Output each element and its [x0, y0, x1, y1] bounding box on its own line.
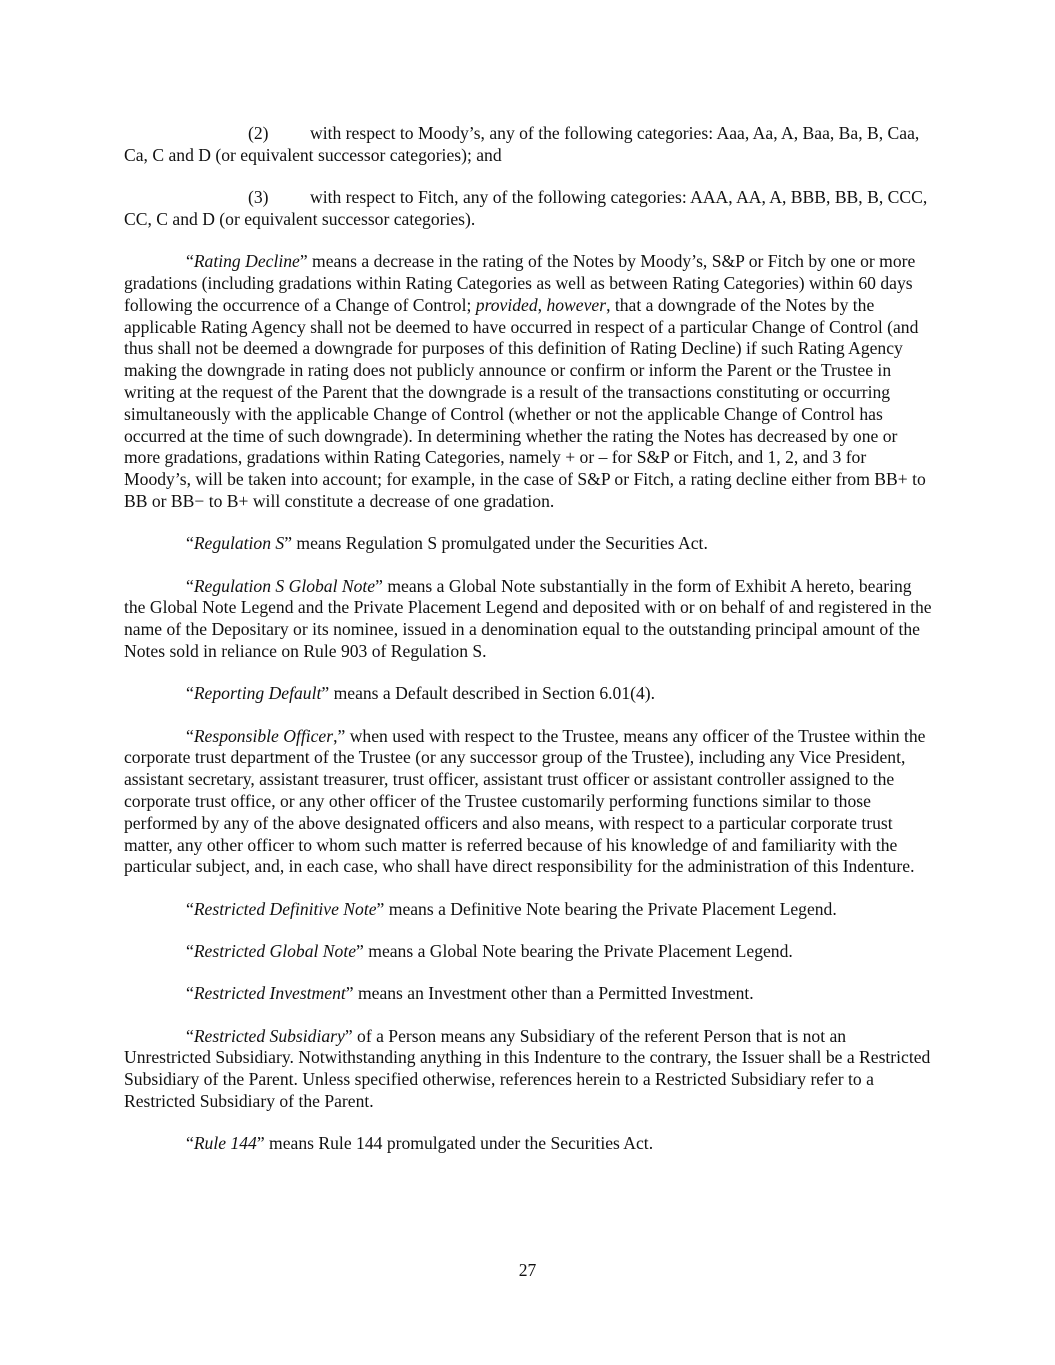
- defined-term: Regulation S: [194, 533, 284, 553]
- definition-responsible-officer: “Responsible Officer,” when used with re…: [124, 726, 934, 879]
- page-number: 27: [0, 1260, 1055, 1281]
- definition-text: , that a downgrade of the Notes by the a…: [124, 295, 926, 511]
- definition-rating-decline: “Rating Decline” means a decrease in the…: [124, 251, 934, 513]
- emphasis-however: however: [546, 295, 606, 315]
- defined-term: Restricted Subsidiary: [194, 1026, 345, 1046]
- list-item-number: (3): [248, 187, 310, 209]
- open-quote: “: [186, 683, 194, 703]
- definition-text: when used with respect to the Trustee, m…: [124, 726, 925, 877]
- definition-reporting-default: “Reporting Default” means a Default desc…: [124, 683, 934, 705]
- definition-text: means Rule 144 promulgated under the Sec…: [265, 1133, 653, 1153]
- close-quote: ”: [345, 1026, 353, 1046]
- close-quote: ”: [300, 251, 308, 271]
- list-item-text: with respect to Fitch, any of the follow…: [124, 187, 927, 229]
- open-quote: “: [186, 251, 194, 271]
- emphasis-provided: provided: [476, 295, 538, 315]
- close-quote: ”: [257, 1133, 265, 1153]
- open-quote: “: [186, 899, 194, 919]
- close-quote: ”: [375, 576, 383, 596]
- definition-restricted-subsidiary: “Restricted Subsidiary” of a Person mean…: [124, 1026, 934, 1113]
- list-item-moodys: (2)with respect to Moody’s, any of the f…: [124, 123, 934, 167]
- defined-term: Rating Decline: [194, 251, 300, 271]
- open-quote: “: [186, 941, 194, 961]
- definition-text: means a Global Note bearing the Private …: [364, 941, 793, 961]
- definition-restricted-definitive-note: “Restricted Definitive Note” means a Def…: [124, 899, 934, 921]
- close-quote: ,”: [333, 726, 345, 746]
- list-item-text: with respect to Moody’s, any of the foll…: [124, 123, 919, 165]
- definition-regulation-s-global-note: “Regulation S Global Note” means a Globa…: [124, 576, 934, 663]
- definition-text: means an Investment other than a Permitt…: [354, 983, 754, 1003]
- close-quote: ”: [356, 941, 364, 961]
- definition-text: means Regulation S promulgated under the…: [292, 533, 708, 553]
- defined-term: Restricted Investment: [194, 983, 346, 1003]
- open-quote: “: [186, 1133, 194, 1153]
- definition-text: means a Default described in Section 6.0…: [329, 683, 655, 703]
- open-quote: “: [186, 983, 194, 1003]
- open-quote: “: [186, 1026, 194, 1046]
- definition-text: means a Definitive Note bearing the Priv…: [384, 899, 836, 919]
- defined-term: Rule 144: [194, 1133, 257, 1153]
- open-quote: “: [186, 576, 194, 596]
- defined-term: Responsible Officer: [194, 726, 333, 746]
- defined-term: Reporting Default: [194, 683, 322, 703]
- close-quote: ”: [284, 533, 292, 553]
- defined-term: Regulation S Global Note: [194, 576, 375, 596]
- definition-restricted-global-note: “Restricted Global Note” means a Global …: [124, 941, 934, 963]
- definition-rule-144: “Rule 144” means Rule 144 promulgated un…: [124, 1133, 934, 1155]
- list-item-number: (2): [248, 123, 310, 145]
- list-item-fitch: (3)with respect to Fitch, any of the fol…: [124, 187, 934, 231]
- open-quote: “: [186, 726, 194, 746]
- defined-term: Restricted Global Note: [194, 941, 356, 961]
- definition-regulation-s: “Regulation S” means Regulation S promul…: [124, 533, 934, 555]
- document-page: (2)with respect to Moody’s, any of the f…: [124, 123, 934, 1175]
- defined-term: Restricted Definitive Note: [194, 899, 377, 919]
- close-quote: ”: [346, 983, 354, 1003]
- definition-restricted-investment: “Restricted Investment” means an Investm…: [124, 983, 934, 1005]
- close-quote: ”: [321, 683, 329, 703]
- open-quote: “: [186, 533, 194, 553]
